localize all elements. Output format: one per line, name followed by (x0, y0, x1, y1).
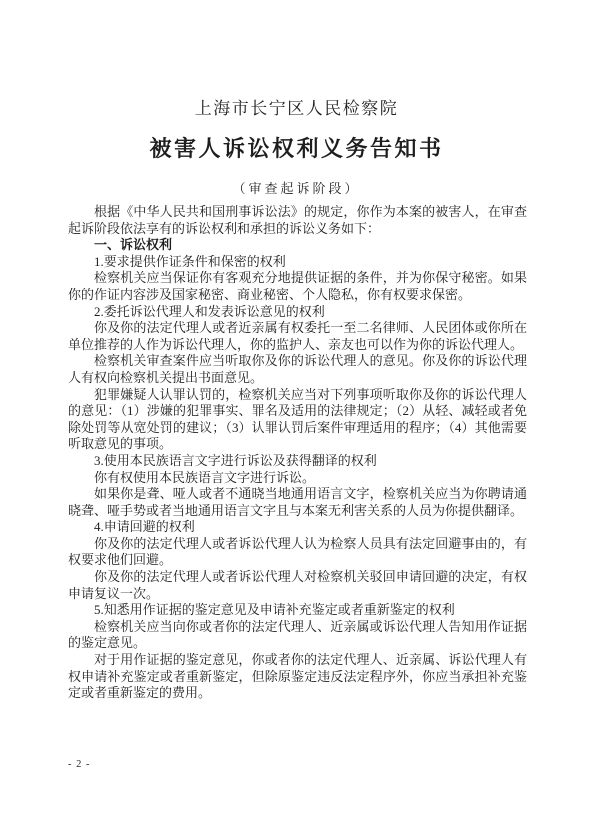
paragraph: 你及你的法定代理人或者诉讼代理人认为检察人员具有法定回避事由的，有权要求他们回避… (68, 536, 527, 569)
document-header: 上海市长宁区人民检察院 被害人诉讼权利义务告知书 （审查起诉阶段） (0, 0, 593, 197)
paragraph: 你有权使用本民族语言文字进行诉讼。 (68, 470, 527, 487)
section-heading: 一、诉讼权利 (68, 237, 527, 254)
paragraph: 你及你的法定代理人或者诉讼代理人对检察机关驳回申请回避的决定，有权申请复议一次。 (68, 569, 527, 602)
document-page: 上海市长宁区人民检察院 被害人诉讼权利义务告知书 （审查起诉阶段） 根据《中华人… (0, 0, 593, 840)
document-body: 根据《中华人民共和国刑事诉讼法》的规定，你作为本案的被害人，在审查起诉阶段依法享… (68, 204, 527, 702)
paragraph: 检察机关应当向你或者你的法定代理人、近亲属或诉讼代理人告知用作证据的鉴定意见。 (68, 619, 527, 652)
paragraph: 检察机关应当保证你有客观充分地提供证据的条件，并为你保守秘密。如果你的作证内容涉… (68, 270, 527, 303)
paragraph: 对于用作证据的鉴定意见，你或者你的法定代理人、近亲属、诉讼代理人有权申请补充鉴定… (68, 652, 527, 702)
stage-note: （审查起诉阶段） (0, 181, 593, 197)
subsection-heading: 2.委托诉讼代理人和发表诉讼意见的权利 (68, 304, 527, 321)
document-title: 被害人诉讼权利义务告知书 (0, 135, 593, 163)
paragraph: 检察机关审查案件应当听取你及你的诉讼代理人的意见。你及你的诉讼代理人有权向检察机… (68, 353, 527, 386)
org-name: 上海市长宁区人民检察院 (0, 98, 593, 120)
subsection-heading: 3.使用本民族语言文字进行诉讼及获得翻译的权利 (68, 453, 527, 470)
subsection-heading: 1.要求提供作证条件和保密的权利 (68, 254, 527, 271)
paragraph: 犯罪嫌疑人认罪认罚的，检察机关应当对下列事项听取你及你的诉讼代理人的意见：（1）… (68, 387, 527, 453)
page-number: - 2 - (68, 759, 91, 770)
intro-paragraph: 根据《中华人民共和国刑事诉讼法》的规定，你作为本案的被害人，在审查起诉阶段依法享… (68, 204, 527, 237)
paragraph: 如果你是聋、哑人或者不通晓当地通用语言文字，检察机关应当为你聘请通晓聋、哑手势或… (68, 486, 527, 519)
subsection-heading: 4.申请回避的权利 (68, 519, 527, 536)
subsection-heading: 5.知悉用作证据的鉴定意见及申请补充鉴定或者重新鉴定的权利 (68, 602, 527, 619)
paragraph: 你及你的法定代理人或者近亲属有权委托一至二名律师、人民团体或你所在单位推荐的人作… (68, 320, 527, 353)
